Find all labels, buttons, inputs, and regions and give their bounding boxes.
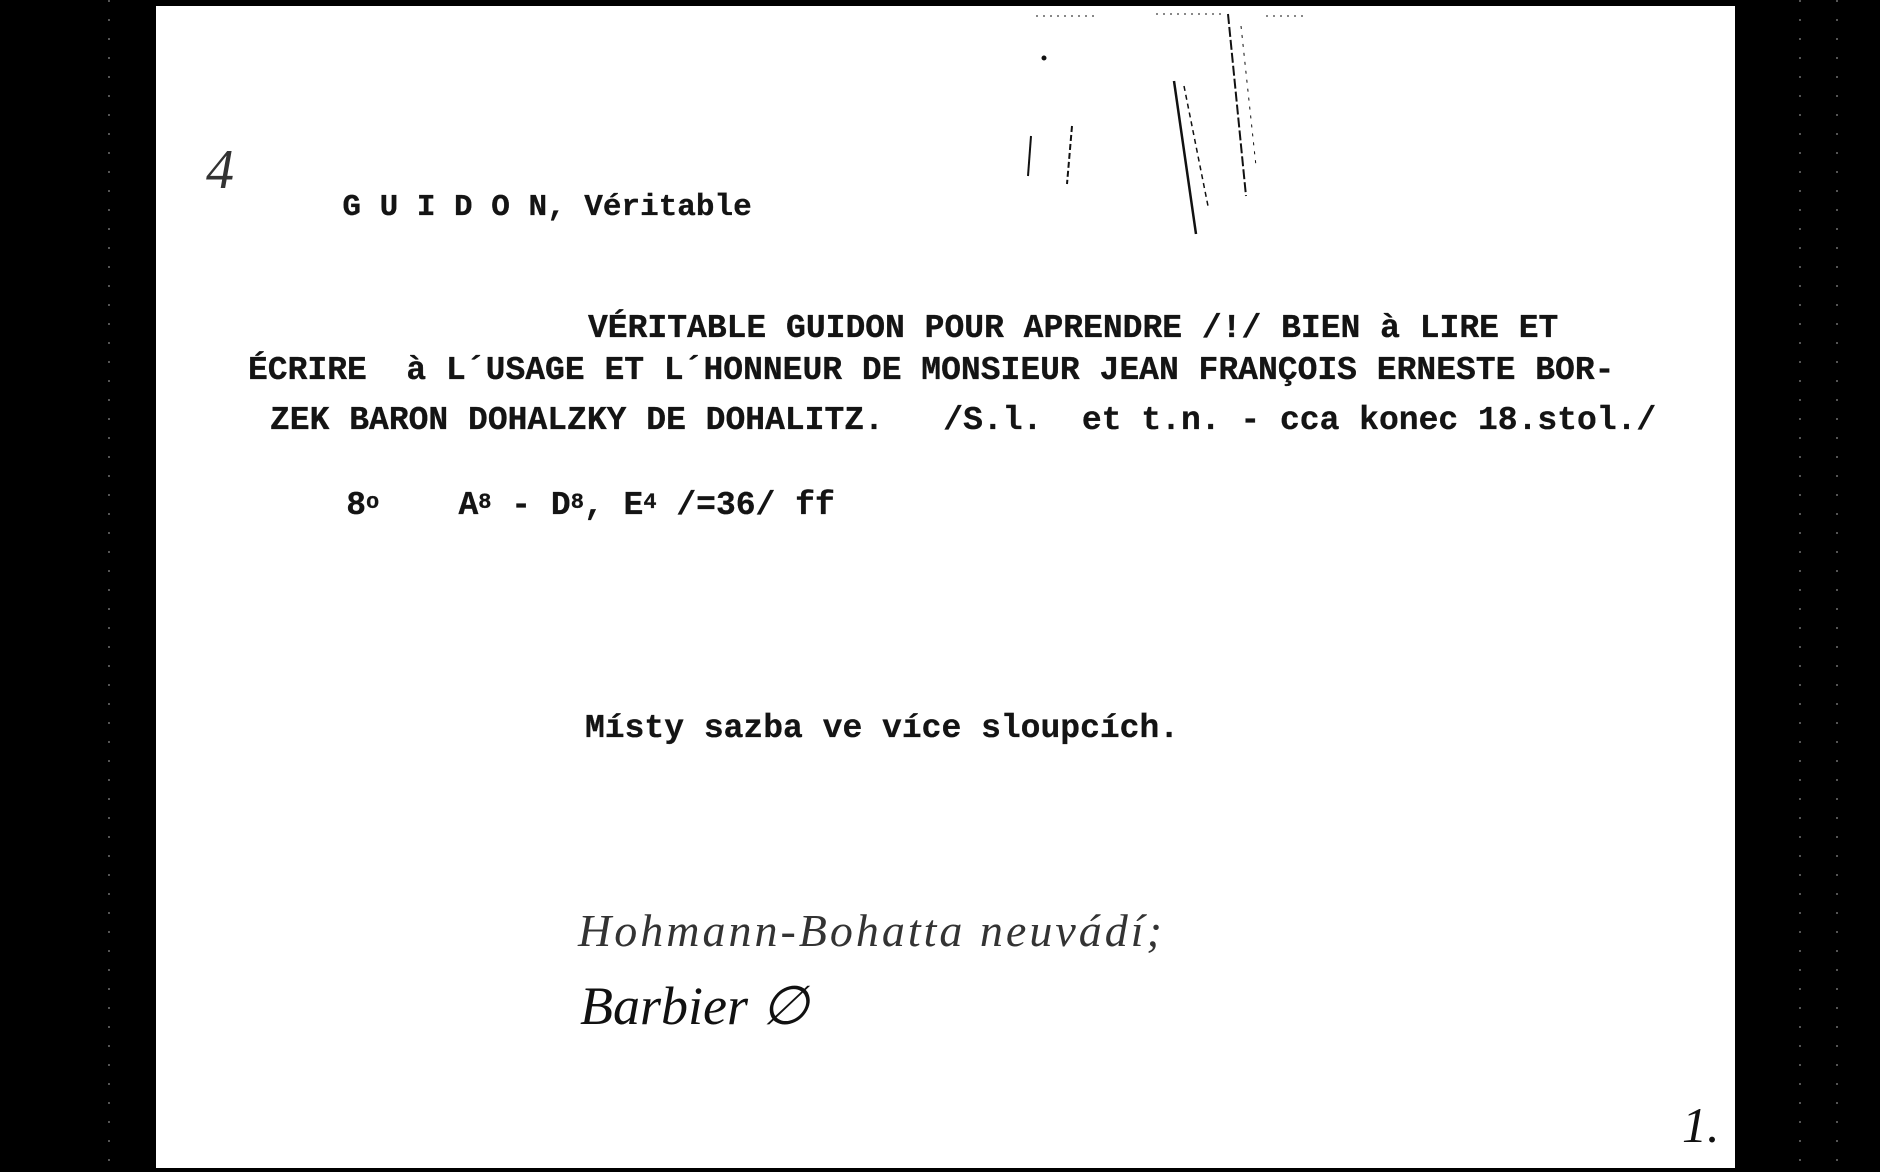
card-number: 1.	[1682, 1096, 1720, 1154]
scan-margin-artifact	[1799, 0, 1801, 1172]
leaf-count: /=36/ ff	[657, 487, 835, 524]
card-heading: G U I D O N, Véritable	[268, 158, 752, 257]
handwritten-note-1: Hohmann-Bohatta neuvádí;	[578, 904, 1165, 957]
catalog-card: 4 G U I D O N, Véritable VÉRITABLE GUIDO…	[156, 6, 1735, 1168]
heading-separator: ,	[547, 190, 566, 225]
heading-surname: G U I D O N	[342, 190, 547, 225]
title-line-3: ZEK BARON DOHALZKY DE DOHALITZ. /S.l. et…	[270, 404, 1656, 437]
handwritten-note-2: Barbier ∅	[580, 974, 809, 1037]
heading-title-word: Véritable	[584, 190, 751, 225]
scan-margin-artifact	[108, 0, 110, 1172]
format: 8	[346, 487, 366, 524]
title-line-1: VÉRITABLE GUIDON POUR APRENDRE /!/ BIEN …	[588, 312, 1558, 345]
scan-margin-artifact	[1836, 0, 1838, 1172]
collation-line: 8o A8 - D8, E4 /=36/ ff	[267, 456, 835, 558]
handwritten-marker: 4	[206, 138, 234, 202]
title-line-2: ÉCRIRE à L´USAGE ET L´HONNEUR DE MONSIEU…	[248, 354, 1614, 387]
note-line: Místy sazba ve více sloupcích.	[585, 712, 1179, 745]
